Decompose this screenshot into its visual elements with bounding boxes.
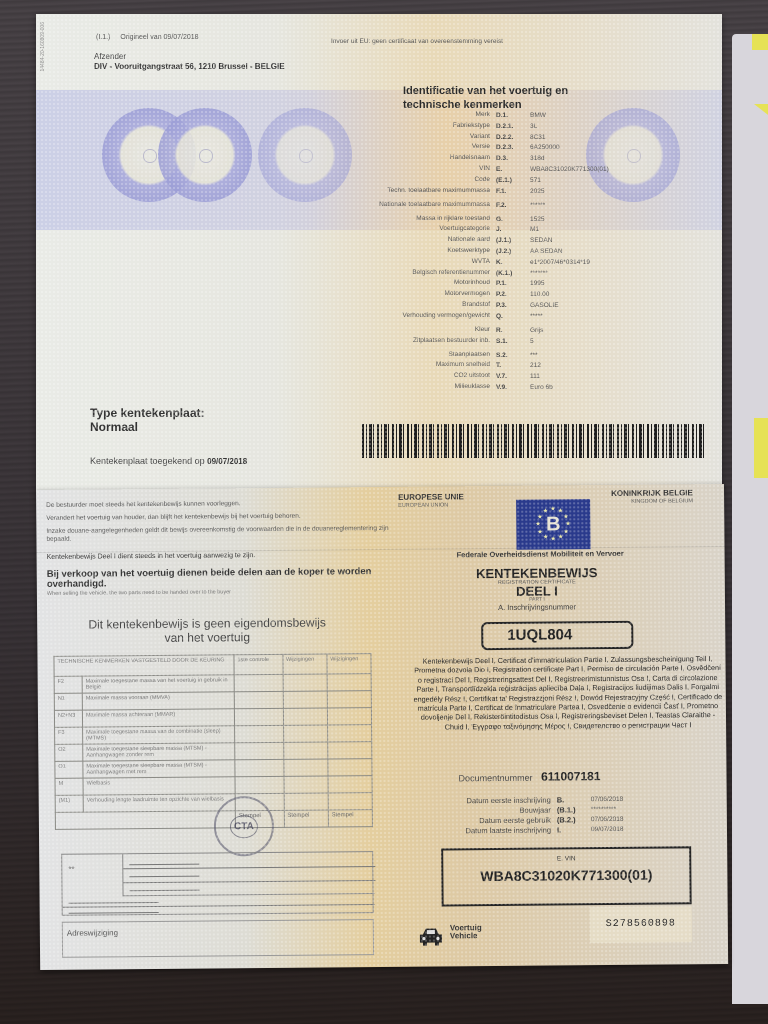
spec-row: Code(E.1.)571 bbox=[366, 177, 626, 188]
spec-code: G. bbox=[496, 216, 530, 223]
sale-note-en: When selling the vehicle, the two parts … bbox=[47, 587, 397, 598]
spec-code: E. bbox=[496, 166, 530, 173]
table-cell bbox=[284, 793, 328, 810]
spec-row: Verhouding vermogen/gewichtQ.***** bbox=[366, 313, 626, 327]
spec-code: J. bbox=[496, 226, 530, 233]
star-icon: ★ bbox=[550, 506, 555, 512]
spec-label: Handelsnaam bbox=[366, 155, 496, 162]
star-icon: ★ bbox=[543, 509, 548, 515]
spec-row: VoertuigcategorieJ.M1 bbox=[366, 226, 626, 237]
table-header: 1ste controle bbox=[234, 654, 283, 674]
spec-value: ***** bbox=[530, 313, 626, 320]
table-cell bbox=[283, 674, 327, 691]
date-label: Datum laatste inschrijving bbox=[429, 825, 557, 836]
star-icon: ★ bbox=[535, 522, 540, 528]
spec-value: 212 bbox=[530, 362, 626, 369]
star-icon: ★ bbox=[543, 535, 548, 541]
text-line bbox=[69, 902, 159, 904]
spec-row: Nationale aard(J.1.)SEDAN bbox=[366, 237, 626, 248]
note: De bestuurder moet steeds het kentekenbe… bbox=[46, 499, 396, 510]
yellow-mark bbox=[754, 418, 768, 478]
spec-label: Motorvermogen bbox=[366, 291, 496, 298]
vin-value: WBA8C31020K771300(01) bbox=[443, 866, 689, 884]
vin-label: E. VIN bbox=[443, 854, 689, 863]
import-note: Invoer uit EU: geen certificaat van over… bbox=[331, 38, 503, 45]
spec-row: MotorvermogenP.2.110.00 bbox=[366, 291, 626, 302]
text-line bbox=[123, 880, 375, 883]
spec-row: Nationale toelaatbare maximummassaF.2.**… bbox=[366, 202, 626, 216]
certificate-title: KENTEKENBEWIJS REGISTRATION CERTIFICATE … bbox=[437, 567, 637, 613]
table-cell bbox=[284, 776, 328, 793]
spec-value: 5 bbox=[530, 338, 626, 345]
date-row: Datum laatste inschrijvingI.09/07/2018 bbox=[429, 824, 719, 837]
document-number: Documentnummer 611007181 bbox=[458, 769, 600, 784]
date-code: (B.1.) bbox=[557, 805, 591, 815]
spec-code: F.1. bbox=[496, 188, 530, 195]
spec-label: Versie bbox=[366, 144, 496, 151]
sender-label: Afzender bbox=[94, 52, 126, 61]
row-description: Maximale toegestane massa van het voertu… bbox=[82, 675, 234, 693]
date-value: 09/07/2018 bbox=[591, 825, 624, 835]
note: Inzake douane-aangelegenheden geldt dit … bbox=[46, 525, 396, 544]
star-icon: ★ bbox=[537, 529, 542, 535]
spec-label: Variant bbox=[366, 134, 496, 141]
spec-value: 111 bbox=[530, 373, 626, 380]
registration-sheet-lower: De bestuurder moet steeds het kentekenbe… bbox=[36, 484, 728, 970]
address-change-label: Adreswijziging bbox=[67, 928, 118, 937]
spec-label: Kleur bbox=[366, 327, 496, 334]
spec-label: Techn. toelaatbare maximummassa bbox=[366, 188, 496, 195]
spec-code: P.3. bbox=[496, 302, 530, 309]
spec-row: Belgisch referentienummer(K.1.)******* bbox=[366, 270, 626, 281]
table-cell bbox=[327, 725, 371, 742]
spec-label: Motorinhoud bbox=[366, 280, 496, 287]
serial-number: S278560898 bbox=[590, 906, 692, 943]
spec-value: SEDAN bbox=[530, 237, 626, 244]
text-line bbox=[129, 890, 199, 892]
table-cell bbox=[235, 776, 284, 793]
spec-code: S.1. bbox=[496, 338, 530, 345]
registration-label: A. Inschrijvingsnummer bbox=[437, 602, 637, 613]
text-line bbox=[123, 866, 375, 869]
spec-row: VersieD.2.3.6A250000 bbox=[366, 144, 626, 155]
holder-notes: De bestuurder moet steeds het kentekenbe… bbox=[46, 499, 397, 598]
table-cell bbox=[283, 691, 327, 708]
row-code: N2+N3 bbox=[54, 710, 82, 727]
row-code: O1 bbox=[55, 761, 83, 778]
spec-label: Fabriekstype bbox=[366, 123, 496, 130]
spec-row: HandelsnaamD.3.318d bbox=[366, 155, 626, 166]
eu-label: EUROPESE UNIE EUROPEAN UNION bbox=[398, 492, 464, 511]
spec-value: ******* bbox=[530, 270, 626, 277]
eu-label-en: EUROPEAN UNION bbox=[398, 501, 464, 511]
original-text: Origineel van 09/07/2018 bbox=[120, 34, 198, 41]
spec-value: 318d bbox=[530, 155, 626, 162]
row-description: Maximale massa vooraan (MMVA) bbox=[82, 692, 234, 710]
owner-lines bbox=[122, 852, 374, 896]
table-cell bbox=[327, 708, 371, 725]
no-ownership-statement: Dit kentekenbewijs is geen eigendomsbewi… bbox=[57, 615, 357, 646]
spec-label: Voertuigcategorie bbox=[366, 226, 496, 233]
kingdom-label: KONINKRIJK BELGIE KINGDOM OF BELGIUM bbox=[611, 488, 693, 507]
original-date: (I.1.) Origineel van 09/07/2018 bbox=[96, 34, 199, 41]
spec-label: Staanplaatsen bbox=[366, 352, 496, 359]
address-change-box: Adreswijziging bbox=[62, 919, 374, 958]
eu-stars-ring: B ★★★★★★★★★★★★ bbox=[536, 507, 570, 541]
spec-code: P.2. bbox=[496, 291, 530, 298]
plate-type: Type kentekenplaat: Normaal bbox=[90, 406, 204, 434]
spec-value: M1 bbox=[530, 226, 626, 233]
vehicle-label: Voertuig Vehicle bbox=[450, 924, 482, 940]
spec-row: Zitplaatsen bestuurder inb.S.1.5 bbox=[366, 338, 626, 352]
plate-type-value: Normaal bbox=[90, 420, 204, 434]
spec-value: 110.00 bbox=[530, 291, 626, 298]
spec-code: (J.1.) bbox=[496, 237, 530, 244]
spec-label: Nationale aard bbox=[366, 237, 496, 244]
table-cell bbox=[235, 742, 284, 759]
document-number-value: 611007181 bbox=[541, 769, 601, 784]
row-description: Maximale toegestane sleepbare massa (MTS… bbox=[83, 743, 235, 761]
spec-value: BMW bbox=[530, 112, 626, 119]
spec-label: CO2 uitstoot bbox=[366, 373, 496, 380]
note: Verandert het voertuig van houder, dan b… bbox=[46, 512, 396, 523]
table-cell bbox=[328, 776, 372, 793]
row-code: (M1) bbox=[55, 795, 83, 812]
stamp-label: Stempel bbox=[328, 810, 372, 827]
spec-label: Massa in rijklare toestand bbox=[366, 216, 496, 223]
row-description: Maximale toegestane sleepbare massa (MTS… bbox=[83, 760, 235, 778]
owner-box: ** bbox=[61, 851, 374, 916]
identification-title-line1: Identificatie van het voertuig en bbox=[403, 84, 568, 98]
table-cell bbox=[235, 725, 284, 742]
no-ownership-line2: van het voertuig bbox=[57, 629, 357, 646]
spec-code: (K.1.) bbox=[496, 270, 530, 277]
wheel-watermark-icon bbox=[158, 108, 252, 202]
spec-value: ****** bbox=[530, 202, 626, 209]
spec-code: (E.1.) bbox=[496, 177, 530, 184]
eu-label-nl: EUROPESE UNIE bbox=[398, 492, 464, 502]
identification-title: Identificatie van het voertuig en techni… bbox=[403, 84, 568, 112]
spec-value: e1*2007/46*0314*19 bbox=[530, 259, 626, 266]
table-cell bbox=[234, 691, 283, 708]
spec-label: Nationale toelaatbare maximummassa bbox=[366, 202, 496, 209]
technical-spec-table: MerkD.1.BMWFabriekstypeD.2.1.3LVariantD.… bbox=[366, 112, 626, 395]
document-number-label: Documentnummer bbox=[458, 773, 532, 784]
spec-value: Euro 6b bbox=[530, 384, 626, 391]
kingdom-label-en: KINGDOM OF BELGIUM bbox=[611, 497, 693, 507]
microprint-vertical: 14484-20-160809-006 bbox=[40, 22, 46, 72]
vehicle-label-en: Vehicle bbox=[450, 932, 482, 940]
spec-row: MerkD.1.BMW bbox=[366, 112, 626, 123]
original-code: (I.1.) bbox=[96, 34, 110, 41]
plate-assigned-date: 09/07/2018 bbox=[207, 457, 247, 466]
spec-code: D.2.2. bbox=[496, 134, 530, 141]
table-cell bbox=[235, 759, 284, 776]
text-line bbox=[63, 904, 375, 908]
cta-stamp-seal: CTA bbox=[214, 796, 275, 857]
identification-title-line2: technische kenmerken bbox=[403, 98, 568, 112]
spec-label: VIN bbox=[366, 166, 496, 173]
plate-type-label: Type kentekenplaat: bbox=[90, 406, 204, 420]
wheel-watermark-icon bbox=[258, 108, 352, 202]
spec-label: Zitplaatsen bestuurder inb. bbox=[366, 338, 496, 345]
star-icon: ★ bbox=[565, 521, 570, 527]
row-description: Maximale toegestane massa van de combina… bbox=[83, 726, 235, 744]
spec-row: FabriekstypeD.2.1.3L bbox=[366, 123, 626, 134]
row-code: F2 bbox=[54, 676, 82, 693]
plate-assigned: Kentekenplaat toegekend op 09/07/2018 bbox=[90, 456, 247, 466]
date-value: ********** bbox=[591, 805, 616, 815]
table-cell bbox=[327, 691, 371, 708]
star-icon: ★ bbox=[537, 514, 542, 520]
table-cell bbox=[328, 759, 372, 776]
row-code: M bbox=[55, 778, 83, 795]
table-cell bbox=[283, 742, 327, 759]
text-line bbox=[129, 876, 199, 878]
row-code: F3 bbox=[55, 727, 83, 744]
spec-code: D.2.3. bbox=[496, 144, 530, 151]
spec-value: WBA8C31020K771300(01) bbox=[530, 166, 626, 173]
yellow-mark bbox=[754, 104, 768, 118]
in-car-note: Kentekenbewijs Deel I dient steeds in he… bbox=[47, 551, 397, 562]
side-paper bbox=[732, 34, 768, 1004]
date-code: B. bbox=[557, 795, 591, 805]
table-cell bbox=[327, 742, 371, 759]
star-icon: ★ bbox=[550, 536, 555, 542]
registration-dates: Datum eerste inschrijvingB.07/06/2018Bou… bbox=[429, 794, 719, 837]
table-header: Wijzigingen bbox=[282, 654, 326, 674]
table-cell bbox=[283, 725, 327, 742]
row-description: Maximale massa achteraan (MMAR) bbox=[82, 709, 234, 727]
row-code: N1 bbox=[54, 693, 82, 710]
spec-code: S.2. bbox=[496, 352, 530, 359]
star-icon: ★ bbox=[563, 529, 568, 535]
spec-row: MotorinhoudP.1.1995 bbox=[366, 280, 626, 291]
table-cell bbox=[234, 674, 283, 691]
stamp-label: Stempel bbox=[284, 810, 328, 827]
spec-value: GASOLIE bbox=[530, 302, 626, 309]
spec-label: Brandstof bbox=[366, 302, 496, 309]
spec-label: Maximum snelheid bbox=[366, 362, 496, 369]
spec-row: VINE.WBA8C31020K771300(01) bbox=[366, 166, 626, 177]
spec-row: CO2 uitstootV.7.111 bbox=[366, 373, 626, 384]
spec-code: F.2. bbox=[496, 202, 530, 209]
owner-stars: ** bbox=[68, 865, 74, 874]
spec-code: T. bbox=[496, 362, 530, 369]
spec-row: Maximum snelheidT.212 bbox=[366, 362, 626, 373]
table-header: TECHNISCHE KENMERKEN VASTGESTELD DOOR DE… bbox=[54, 655, 234, 677]
spec-value: 3L bbox=[530, 123, 626, 130]
table-cell bbox=[327, 674, 371, 691]
no-ownership-line1: Dit kentekenbewijs is geen eigendomsbewi… bbox=[57, 615, 357, 632]
spec-code: D.3. bbox=[496, 155, 530, 162]
row-code: O2 bbox=[55, 744, 83, 761]
spec-value: 8C31 bbox=[530, 134, 626, 141]
star-icon: ★ bbox=[558, 534, 563, 540]
plate-assigned-label: Kentekenplaat toegekend op bbox=[90, 456, 205, 466]
table-cell bbox=[283, 708, 327, 725]
registration-number: 1UQL804 bbox=[481, 621, 633, 650]
sender-address: DIV - Vooruitgangstraat 56, 1210 Brussel… bbox=[94, 62, 285, 71]
spec-label: WVTA bbox=[366, 259, 496, 266]
spec-label: Merk bbox=[366, 112, 496, 119]
table-cell bbox=[283, 759, 327, 776]
spec-value: 1525 bbox=[530, 216, 626, 223]
row-description: Wielbasis bbox=[83, 777, 235, 795]
vin-box: E. VIN WBA8C31020K771300(01) bbox=[441, 846, 691, 906]
spec-value: 6A250000 bbox=[530, 144, 626, 151]
issuing-agency: Federale Overheidsdienst Mobiliteit en V… bbox=[457, 549, 624, 559]
text-line bbox=[129, 864, 199, 866]
registration-sheet-upper: 14484-20-160809-006 (I.1.) Origineel van… bbox=[36, 14, 722, 492]
date-value: 07/06/2018 bbox=[591, 795, 624, 805]
spec-code: (J.2.) bbox=[496, 248, 530, 255]
table-header: Wijzigingen bbox=[327, 654, 371, 674]
yellow-mark bbox=[752, 34, 768, 50]
row-description: Verhouding lengte laadruimte ten opzicht… bbox=[83, 794, 235, 812]
spec-row: MilieuklasseV.9.Euro 6b bbox=[366, 384, 626, 395]
spec-value: *** bbox=[530, 352, 626, 359]
spec-label: Milieuklasse bbox=[366, 384, 496, 391]
spec-label: Koetswerktype bbox=[366, 248, 496, 255]
text-line bbox=[69, 912, 159, 914]
spec-value: 1995 bbox=[530, 280, 626, 287]
car-icon bbox=[418, 926, 444, 946]
spec-code: K. bbox=[496, 259, 530, 266]
spec-row: Techn. toelaatbare maximummassaF.1.2025 bbox=[366, 188, 626, 202]
spec-value: AA SEDAN bbox=[530, 248, 626, 255]
spec-row: StaanplaatsenS.2.*** bbox=[366, 352, 626, 363]
spec-label: Verhouding vermogen/gewicht bbox=[366, 313, 496, 320]
multilingual-title-text: Kentekenbewijs Deel I, Certificat d'imma… bbox=[411, 654, 724, 732]
spec-code: D.1. bbox=[496, 112, 530, 119]
table-cell bbox=[234, 708, 283, 725]
spec-code: R. bbox=[496, 327, 530, 334]
spec-code: V.9. bbox=[496, 384, 530, 391]
spec-value: 2025 bbox=[530, 188, 626, 195]
spec-value: Grijs bbox=[530, 327, 626, 334]
spec-row: Koetswerktype(J.2.)AA SEDAN bbox=[366, 248, 626, 259]
table-cell bbox=[328, 793, 372, 810]
date-value: 07/06/2018 bbox=[591, 815, 624, 825]
date-code: I. bbox=[557, 825, 591, 835]
spec-row: VariantD.2.2.8C31 bbox=[366, 134, 626, 145]
star-icon: ★ bbox=[563, 514, 568, 520]
spec-label: Code bbox=[366, 177, 496, 184]
eu-flag-icon: B ★★★★★★★★★★★★ bbox=[516, 499, 590, 550]
spec-value: 571 bbox=[530, 177, 626, 184]
spec-label: Belgisch referentienummer bbox=[366, 270, 496, 277]
spec-code: P.1. bbox=[496, 280, 530, 287]
spec-code: Q. bbox=[496, 313, 530, 320]
barcode bbox=[362, 424, 706, 458]
table-cell bbox=[55, 811, 235, 830]
spec-code: V.7. bbox=[496, 373, 530, 380]
spec-code: D.2.1. bbox=[496, 123, 530, 130]
stamp-seal-text: CTA bbox=[230, 815, 258, 838]
spec-row: WVTAK.e1*2007/46*0314*19 bbox=[366, 259, 626, 270]
date-code: (B.2.) bbox=[557, 815, 591, 825]
spec-row: Massa in rijklare toestandG.1525 bbox=[366, 216, 626, 227]
inspection-table: TECHNISCHE KENMERKEN VASTGESTELD DOOR DE… bbox=[53, 653, 373, 830]
spec-row: KleurR.Grijs bbox=[366, 327, 626, 338]
